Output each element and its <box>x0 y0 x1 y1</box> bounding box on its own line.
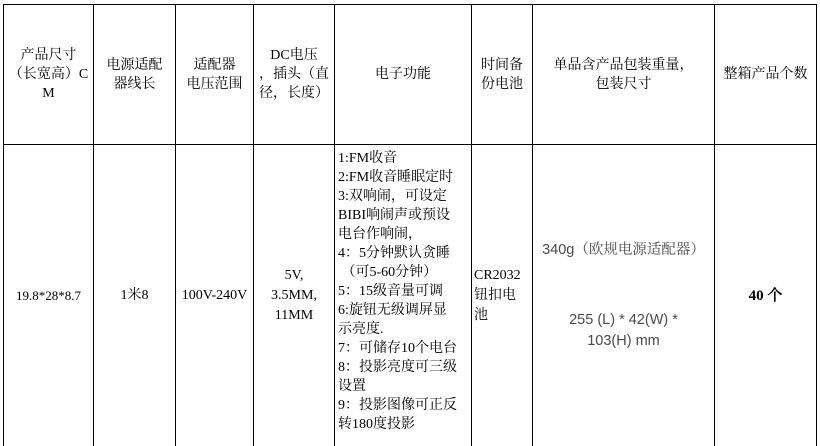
cell-packaging: 340g（欧规电源适配器） 255 (L) * 42(W) * 103(H) m… <box>533 145 715 446</box>
header-dc-plug: DC电压 ，插头（直 径，长度） <box>254 5 335 145</box>
header-electronic-functions: 电子功能 <box>335 5 472 145</box>
product-spec-table: 产品尺寸 （长宽高）CM 电源适配 器线长 适配器 电压范围 DC电压 ，插头（… <box>3 4 817 446</box>
cell-adapter-cable-length: 1米8 <box>94 145 176 446</box>
packaging-dimensions: 255 (L) * 42(W) * 103(H) mm <box>533 310 714 352</box>
header-product-size: 产品尺寸 （长宽高）CM <box>4 5 94 145</box>
cell-dc-plug: 5V, 3.5MM, 11MM <box>254 145 335 446</box>
header-voltage-range: 适配器 电压范围 <box>176 5 254 145</box>
cell-backup-battery: CR2032 钮扣电 池 <box>472 145 533 446</box>
header-carton-quantity: 整箱产品个数 <box>715 5 817 145</box>
header-row: 产品尺寸 （长宽高）CM 电源适配 器线长 适配器 电压范围 DC电压 ，插头（… <box>4 5 817 145</box>
header-adapter-cable-length: 电源适配 器线长 <box>94 5 176 145</box>
data-row: 19.8*28*8.7 1米8 100V-240V 5V, 3.5MM, 11M… <box>4 145 817 446</box>
header-packaging: 单品含产品包装重量， 包装尺寸 <box>533 5 715 145</box>
cell-product-size: 19.8*28*8.7 <box>4 145 94 446</box>
cell-electronic-functions: 1:FM收音 2:FM收音睡眠定时 3:双响闹，可设定 BIBI响闹声或预设 电… <box>335 145 472 446</box>
header-backup-battery: 时间备 份电池 <box>472 5 533 145</box>
packaging-weight: 340g（欧规电源适配器） <box>533 240 714 261</box>
cell-voltage-range: 100V-240V <box>176 145 254 446</box>
cell-carton-quantity: 40 个 <box>715 145 817 446</box>
